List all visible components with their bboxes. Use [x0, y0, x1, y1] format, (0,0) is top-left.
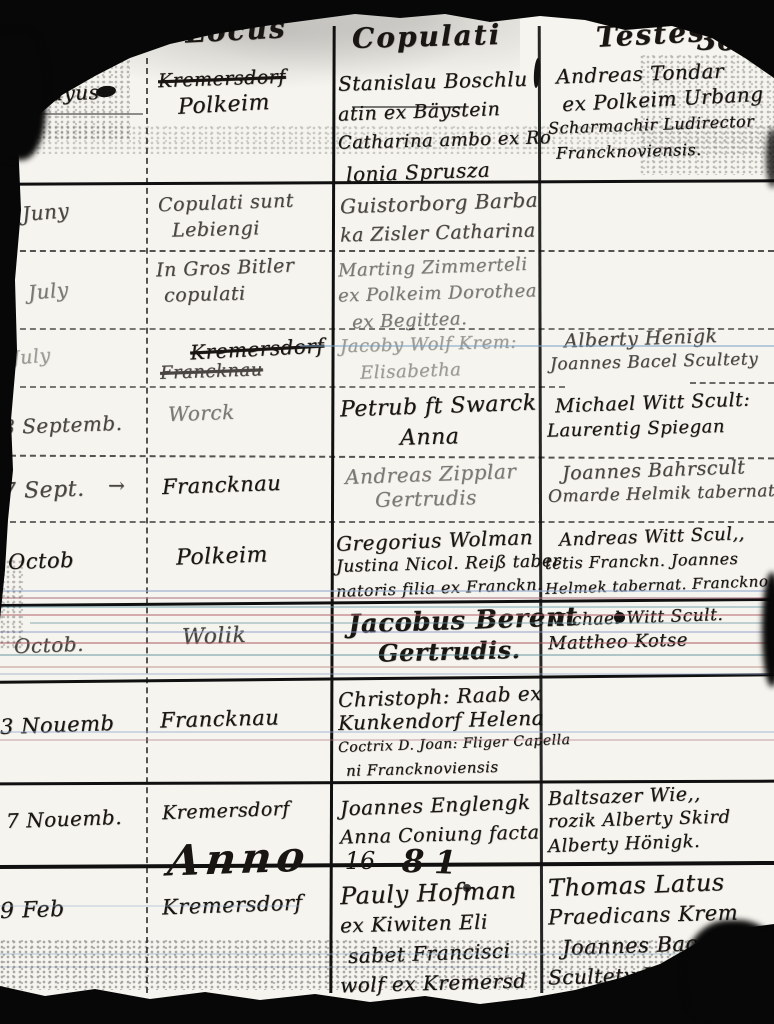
ink-blot	[463, 884, 471, 892]
anno-word: Anno	[165, 831, 312, 885]
entry-line: In Gros Bitler	[156, 253, 295, 284]
row-divider	[0, 673, 774, 683]
row-divider	[0, 328, 774, 330]
entry-date: 8 Septemb.	[2, 410, 123, 440]
scan-artifact-line	[0, 731, 774, 733]
page-corner-shadow	[684, 920, 774, 1024]
scan-artifact-line	[300, 345, 774, 347]
copulati-underline	[352, 106, 462, 108]
locus-cell: Worck	[168, 400, 235, 426]
row-divider	[0, 455, 774, 460]
entry-line: Kremersdorf	[162, 796, 291, 826]
copulati-cell: Guistorborg Barba ka Zisler Catharina	[340, 188, 538, 248]
entry-line: Lebiengi	[172, 214, 295, 243]
date-cell: 3 Nouemb	[0, 712, 114, 738]
column-divider-dies-locus	[146, 58, 148, 993]
scan-artifact-line	[0, 614, 774, 616]
testes-cell: Michael Witt Scult: Laurentig Spiegan	[547, 390, 750, 442]
date-cell: 9 Feb	[0, 898, 65, 924]
date-cell: July	[12, 344, 51, 370]
scan-artifact-line	[0, 606, 774, 608]
locus-cell: Wolik	[182, 624, 246, 650]
copulati-cell: Petrub ft Swarck Anna	[340, 392, 537, 452]
arrow-mark-glyph: →	[108, 472, 125, 498]
entry-line: Worck	[168, 399, 235, 427]
entry-date: July	[11, 342, 52, 371]
entry-line: Petrub ft Swarck	[340, 389, 538, 426]
entry-line: Omarde Helmik tabernat	[548, 479, 774, 509]
scan-artifact-line	[0, 590, 774, 592]
copulati-cell: Marting Zimmerteli ex Polkeim Dorothea e…	[338, 255, 537, 333]
page-edge-shadow	[0, 30, 46, 160]
scan-artifact-line	[0, 673, 774, 675]
scan-noise-band	[640, 55, 774, 175]
date-cell: 7 Sept.	[2, 478, 85, 504]
locus-cell: Kremersdorf Polkeim	[158, 66, 286, 118]
entry-line: Polkeim	[177, 89, 286, 121]
locus-cell: Kremersdorf	[162, 798, 290, 824]
page-edge-shadow	[766, 128, 774, 188]
entry-line: Alberty Hönigk.	[548, 829, 731, 859]
locus-cell: In Gros Bitler copulati	[156, 255, 294, 307]
row-divider	[0, 521, 774, 523]
scan-artifact-line	[0, 631, 774, 633]
scan-artifact-line	[0, 739, 774, 741]
entry-date: 3 Nouemb	[0, 710, 115, 740]
row-divider	[20, 386, 565, 388]
entry-line: ni Francknoviensis	[346, 753, 571, 783]
entry-line: copulati	[164, 279, 295, 308]
scan-artifact-line	[0, 642, 774, 644]
page-edge-shadow	[762, 572, 774, 687]
entry-date: 9 Feb	[0, 897, 65, 925]
entry-line: Francknau	[162, 470, 282, 500]
testes-cell: Baltsazer Wie,, rozik Alberty Skird Albe…	[548, 784, 731, 856]
scan-artifact-line	[0, 597, 774, 599]
scan-artifact-line	[0, 905, 300, 907]
entry-line: Laurentig Spiegan	[547, 413, 751, 444]
row-divider	[0, 250, 774, 252]
year-divider: Anno 16 81	[168, 834, 467, 883]
date-cell: 8 Septemb.	[2, 412, 122, 438]
testes-cell: Andreas Witt Scul,, tetis Franckn. Joann…	[545, 525, 773, 597]
entry-line: Elisabetha	[360, 355, 518, 386]
entry-line: Wolik	[182, 623, 247, 651]
locus-cell: Francknau	[162, 472, 281, 498]
date-cell: 7 Nouemb.	[6, 806, 122, 832]
scan-artifact-line	[0, 654, 774, 656]
row-divider	[690, 382, 774, 384]
entry-line: Anna	[400, 420, 537, 454]
entry-line: Copulati sunt	[158, 188, 295, 219]
entry-line: Francknau	[160, 357, 325, 385]
scan-artifact-line	[0, 666, 774, 668]
locus-cell: Polkeim	[176, 544, 268, 570]
entry-date: 7 Sept.	[2, 477, 85, 506]
register-page-scan: Dies Locus Copulati Testes 36 Mayus Krem…	[0, 0, 774, 1024]
anno-century: 16	[345, 847, 376, 875]
entry-line: Polkeim	[176, 542, 269, 571]
entry-date: July	[27, 276, 70, 305]
pen-arrow-mark: →	[108, 472, 125, 498]
entry-line: Joannes Bacel Scultety	[550, 347, 759, 376]
copulati-cell: Andreas Zipplar Gertrudis	[345, 462, 516, 510]
testes-cell: Alberty Henigk Joannes Bacel Scultety	[550, 326, 758, 374]
testes-cell: Joannes Bahrscult Omarde Helmik tabernat	[548, 458, 774, 506]
anno-year: 81	[402, 842, 468, 882]
column-header-copulati: Copulati	[352, 24, 501, 50]
entry-date: 7 Nouemb.	[6, 804, 123, 834]
locus-cell: Francknau	[160, 706, 279, 732]
date-cell: July	[28, 278, 69, 304]
scan-artifact-line	[30, 622, 774, 624]
copulati-cell: Jacoby Wolf Krem: Elisabetha	[340, 332, 517, 384]
entry-line: ka Zisler Catharina	[340, 215, 539, 250]
entry-line: Gertrudis	[375, 484, 517, 512]
locus-cell: Copulati sunt Lebiengi	[158, 190, 294, 242]
entry-line: Francknau	[160, 704, 280, 733]
copulati-header-label: Copulati	[352, 22, 502, 52]
